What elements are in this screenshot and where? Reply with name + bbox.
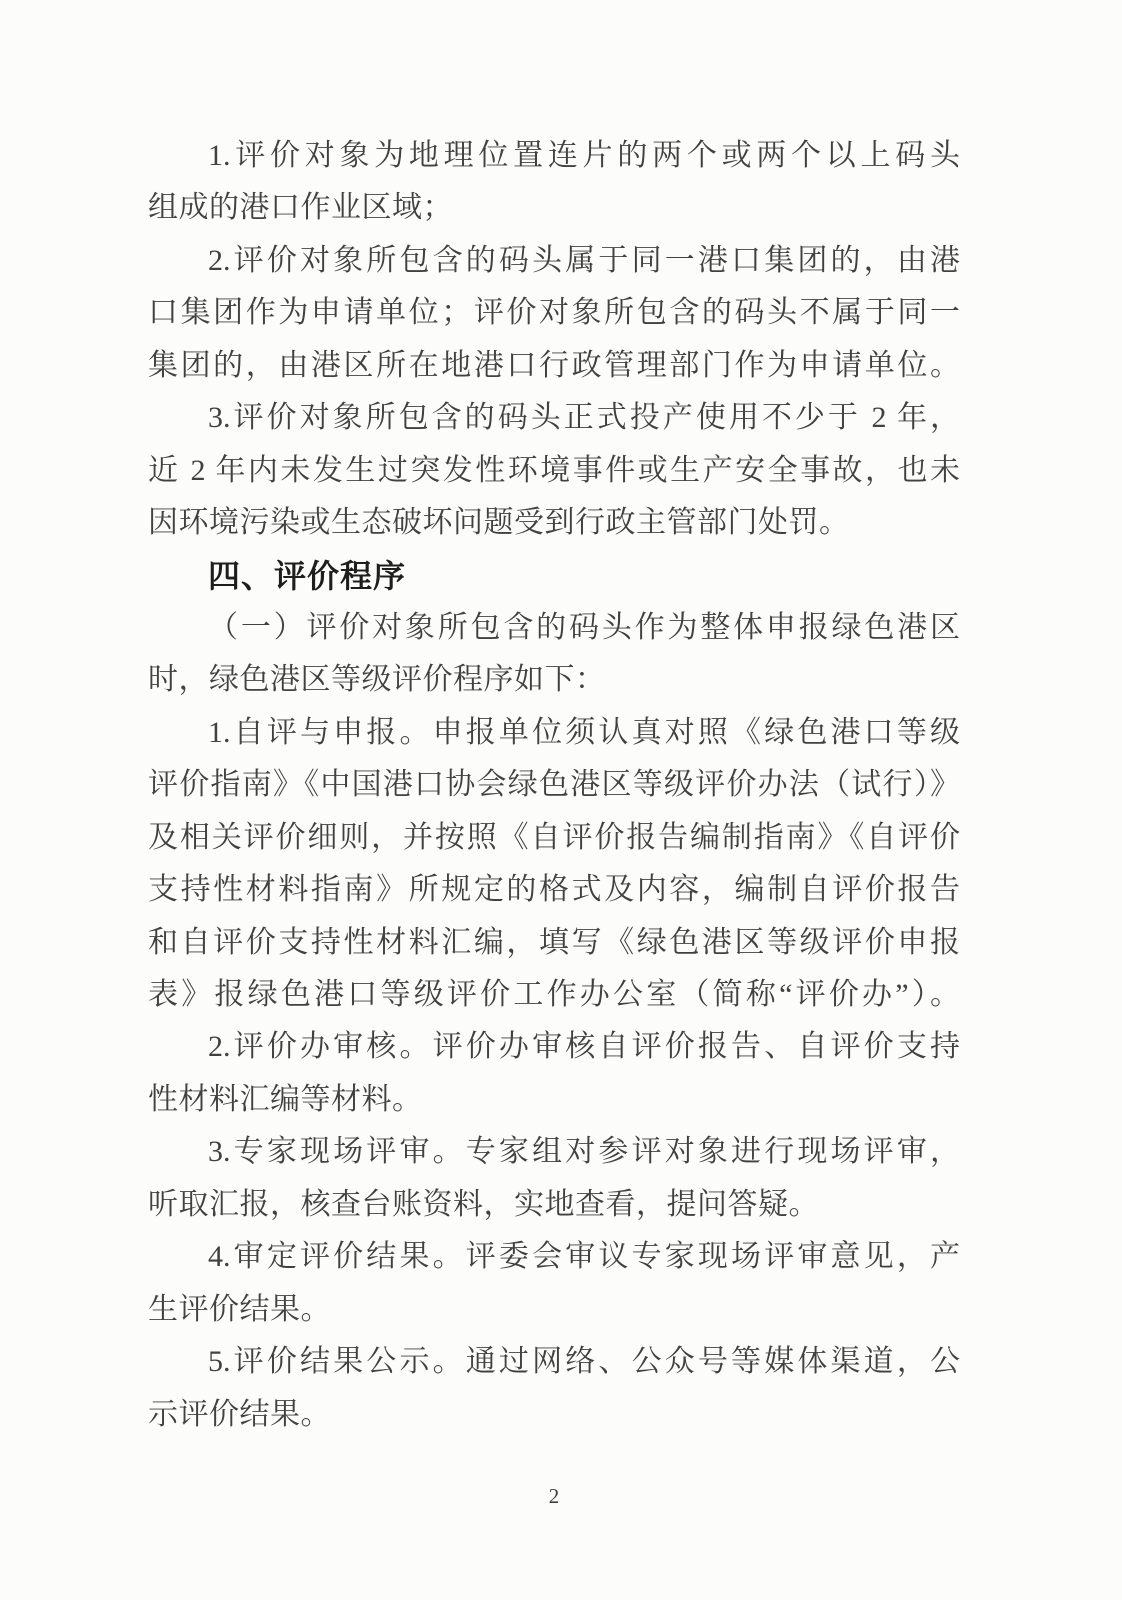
text-line: 因环境污染或生态破坏问题受到行政主管部门处罚。 — [148, 497, 960, 549]
text-line: 近 2 年内未发生过突发性环境事件或生产安全事故，也未 — [148, 445, 960, 497]
text-line: 及相关评价细则，并按照《自评价报告编制指南》《自评价 — [148, 812, 960, 864]
text-line: 3.评价对象所包含的码头正式投产使用不少于 2 年， — [148, 392, 960, 444]
text-line: 支持性材料指南》所规定的格式及内容，编制自评价报告 — [148, 864, 960, 916]
text-line: 2.评价办审核。评价办审核自评价报告、自评价支持 — [148, 1021, 960, 1073]
text-line: 3.专家现场评审。专家组对参评对象进行现场评审， — [148, 1126, 960, 1178]
text-line: 5.评价结果公示。通过网络、公众号等媒体渠道，公 — [148, 1336, 960, 1388]
text-line: 2.评价对象所包含的码头属于同一港口集团的，由港 — [148, 235, 960, 287]
text-line: 表》报绿色港口等级评价工作办公室（简称“评价办”）。 — [148, 969, 960, 1021]
text-line: 1.自评与申报。申报单位须认真对照《绿色港口等级 — [148, 707, 960, 759]
text-line: 时，绿色港区等级评价程序如下： — [148, 654, 960, 706]
document-body: 1.评价对象为地理位置连片的两个或两个以上码头组成的港口作业区域；2.评价对象所… — [148, 130, 960, 1441]
text-line: 听取汇报，核查台账资料，实地查看，提问答疑。 — [148, 1179, 960, 1231]
text-line: 生评价结果。 — [148, 1284, 960, 1336]
text-line: 示评价结果。 — [148, 1389, 960, 1441]
text-line: 1.评价对象为地理位置连片的两个或两个以上码头 — [148, 130, 960, 182]
section-heading: 四、评价程序 — [148, 550, 960, 602]
text-line: 口集团作为申请单位；评价对象所包含的码头不属于同一 — [148, 287, 960, 339]
text-line: （一）评价对象所包含的码头作为整体申报绿色港区 — [148, 602, 960, 654]
text-line: 和自评价支持性材料汇编，填写《绿色港区等级评价申报 — [148, 917, 960, 969]
text-line: 集团的，由港区所在地港口行政管理部门作为申请单位。 — [148, 340, 960, 392]
page-number: 2 — [148, 1484, 960, 1509]
text-line: 组成的港口作业区域； — [148, 182, 960, 234]
document-page: 1.评价对象为地理位置连片的两个或两个以上码头组成的港口作业区域；2.评价对象所… — [0, 0, 1122, 1600]
text-line: 性材料汇编等材料。 — [148, 1074, 960, 1126]
text-line: 评价指南》《中国港口协会绿色港区等级评价办法（试行）》 — [148, 759, 960, 811]
text-line: 4.审定评价结果。评委会审议专家现场评审意见，产 — [148, 1231, 960, 1283]
